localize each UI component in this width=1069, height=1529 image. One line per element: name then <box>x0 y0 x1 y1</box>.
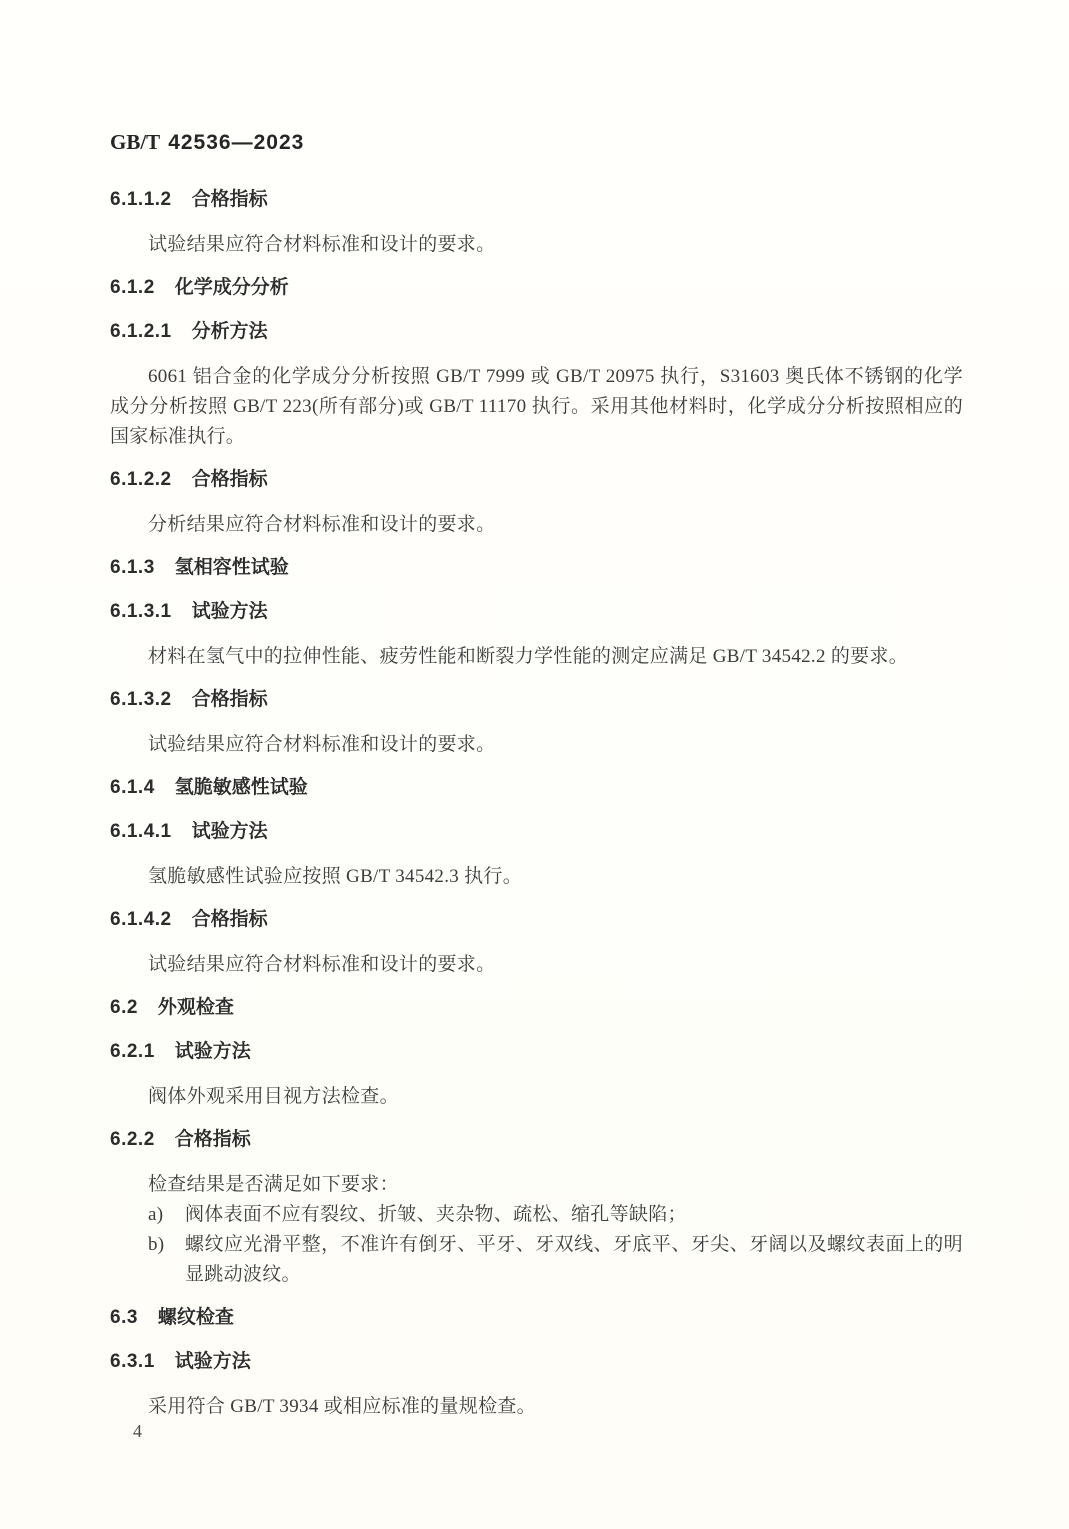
clause-number: 6.3 <box>110 1304 138 1332</box>
list-intro-paragraph: 检查结果是否满足如下要求： <box>110 1170 963 1200</box>
heading-6-1-3: 6.1.3氢相容性试验 <box>110 554 963 582</box>
clause-title: 试验方法 <box>175 1041 251 1062</box>
heading-6-2-1: 6.2.1试验方法 <box>110 1038 963 1066</box>
clause-number: 6.1.2 <box>110 274 155 302</box>
heading-6-1-2-1: 6.1.2.1分析方法 <box>110 318 963 346</box>
clause-number: 6.1.1.2 <box>110 186 172 214</box>
list-item-b: b) 螺纹应光滑平整，不准许有倒牙、平牙、牙双线、牙底平、牙尖、牙阔以及螺纹表面… <box>110 1230 963 1290</box>
heading-6-1-4-2: 6.1.4.2合格指标 <box>110 906 963 934</box>
body-paragraph: 材料在氢气中的拉伸性能、疲劳性能和断裂力学性能的测定应满足 GB/T 34542… <box>110 642 963 672</box>
list-item-a: a) 阀体表面不应有裂纹、折皱、夹杂物、疏松、缩孔等缺陷； <box>110 1200 963 1230</box>
document-content: 6.1.1.2合格指标 试验结果应符合材料标准和设计的要求。 6.1.2化学成分… <box>110 186 963 1436</box>
standard-number: 42536—2023 <box>168 131 304 154</box>
clause-title: 氢脆敏感性试验 <box>175 777 308 798</box>
body-paragraph: 试验结果应符合材料标准和设计的要求。 <box>110 230 963 260</box>
body-paragraph: 分析结果应符合材料标准和设计的要求。 <box>110 510 963 540</box>
heading-6-3-1: 6.3.1试验方法 <box>110 1348 963 1376</box>
clause-title: 合格指标 <box>175 1129 251 1150</box>
list-marker: b) <box>148 1230 164 1260</box>
heading-6-1-2: 6.1.2化学成分分析 <box>110 274 963 302</box>
clause-number: 6.1.2.1 <box>110 318 172 346</box>
clause-number: 6.1.2.2 <box>110 466 172 494</box>
body-paragraph: 采用符合 GB/T 3934 或相应标准的量规检查。 <box>110 1392 963 1422</box>
clause-title: 试验方法 <box>192 601 268 622</box>
clause-title: 合格指标 <box>192 689 268 710</box>
clause-title: 合格指标 <box>192 909 268 930</box>
body-paragraph: 阀体外观采用目视方法检查。 <box>110 1082 963 1112</box>
clause-title: 试验方法 <box>175 1351 251 1372</box>
clause-title: 氢相容性试验 <box>175 557 289 578</box>
heading-6-1-4: 6.1.4氢脆敏感性试验 <box>110 774 963 802</box>
heading-6-1-3-2: 6.1.3.2合格指标 <box>110 686 963 714</box>
list-item-text: 螺纹应光滑平整，不准许有倒牙、平牙、牙双线、牙底平、牙尖、牙阔以及螺纹表面上的明… <box>185 1234 963 1285</box>
clause-title: 外观检查 <box>158 997 234 1018</box>
clause-number: 6.3.1 <box>110 1348 155 1376</box>
list-item-text: 阀体表面不应有裂纹、折皱、夹杂物、疏松、缩孔等缺陷； <box>185 1204 687 1225</box>
clause-title: 化学成分分析 <box>175 277 289 298</box>
body-paragraph: 试验结果应符合材料标准和设计的要求。 <box>110 730 963 760</box>
heading-6-1-4-1: 6.1.4.1试验方法 <box>110 818 963 846</box>
document-page: GB/T42536—2023 6.1.1.2合格指标 试验结果应符合材料标准和设… <box>0 0 1069 1529</box>
heading-6-3: 6.3螺纹检查 <box>110 1304 963 1332</box>
standard-prefix: GB/T <box>110 130 160 154</box>
clause-number: 6.2.2 <box>110 1126 155 1154</box>
clause-title: 分析方法 <box>192 321 268 342</box>
clause-number: 6.1.4.1 <box>110 818 172 846</box>
clause-title: 螺纹检查 <box>158 1307 234 1328</box>
clause-title: 试验方法 <box>192 821 268 842</box>
standard-number-header: GB/T42536—2023 <box>110 130 304 155</box>
body-paragraph: 6061 铝合金的化学成分分析按照 GB/T 7999 或 GB/T 20975… <box>110 362 963 452</box>
clause-number: 6.1.3.2 <box>110 686 172 714</box>
requirement-list: a) 阀体表面不应有裂纹、折皱、夹杂物、疏松、缩孔等缺陷； b) 螺纹应光滑平整… <box>110 1200 963 1290</box>
page-number: 4 <box>133 1421 142 1442</box>
clause-number: 6.1.3.1 <box>110 598 172 626</box>
body-paragraph: 氢脆敏感性试验应按照 GB/T 34542.3 执行。 <box>110 862 963 892</box>
body-paragraph: 试验结果应符合材料标准和设计的要求。 <box>110 950 963 980</box>
clause-number: 6.2.1 <box>110 1038 155 1066</box>
heading-6-2: 6.2外观检查 <box>110 994 963 1022</box>
clause-number: 6.2 <box>110 994 138 1022</box>
list-marker: a) <box>148 1200 163 1230</box>
clause-title: 合格指标 <box>192 469 268 490</box>
heading-6-1-1-2: 6.1.1.2合格指标 <box>110 186 963 214</box>
heading-6-2-2: 6.2.2合格指标 <box>110 1126 963 1154</box>
clause-number: 6.1.4.2 <box>110 906 172 934</box>
heading-6-1-2-2: 6.1.2.2合格指标 <box>110 466 963 494</box>
heading-6-1-3-1: 6.1.3.1试验方法 <box>110 598 963 626</box>
clause-number: 6.1.4 <box>110 774 155 802</box>
clause-number: 6.1.3 <box>110 554 155 582</box>
clause-title: 合格指标 <box>192 189 268 210</box>
